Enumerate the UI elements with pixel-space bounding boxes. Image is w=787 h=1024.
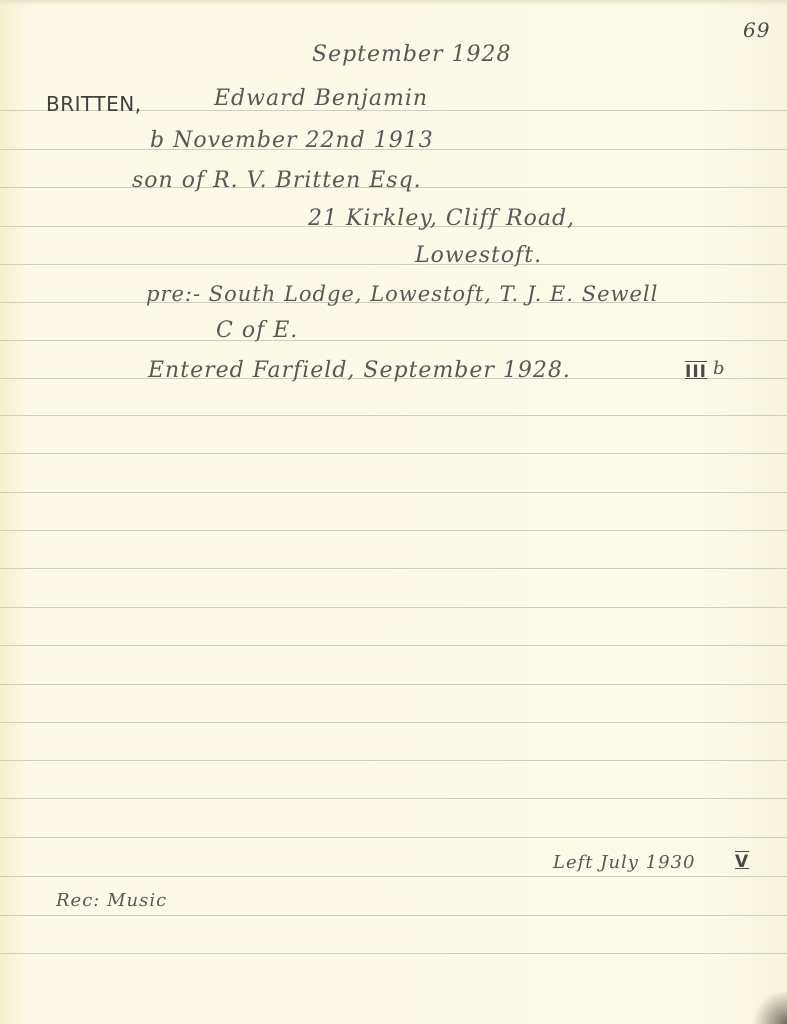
page-number: 69 <box>743 18 770 42</box>
birth-date: b November 22nd 1913 <box>150 128 434 153</box>
entered-form-suffix: b <box>713 358 726 379</box>
parent-line: son of R. V. Britten Esq. <box>132 168 422 193</box>
rule-line <box>0 568 787 569</box>
address-line-2: Lowestoft. <box>415 243 542 268</box>
rule-line <box>0 722 787 723</box>
rule-line <box>0 760 787 761</box>
left-form: V <box>735 852 749 872</box>
page-top-edge <box>0 0 787 6</box>
address-line-1: 21 Kirkley, Cliff Road, <box>308 206 575 231</box>
entered-line: Entered Farfield, September 1928. <box>148 358 571 383</box>
rule-line <box>0 915 787 916</box>
rule-line <box>0 798 787 799</box>
rule-line <box>0 837 787 838</box>
rule-line <box>0 645 787 646</box>
entered-form: III <box>685 362 707 382</box>
rule-line <box>0 340 787 341</box>
given-names: Edward Benjamin <box>214 86 428 111</box>
surname: BRITTEN, <box>46 92 142 116</box>
page-corner-shadow <box>747 984 787 1024</box>
rule-line <box>0 607 787 608</box>
rule-line <box>0 684 787 685</box>
previous-school: pre:- South Lodge, Lowestoft, T. J. E. S… <box>146 282 658 306</box>
religion: C of E. <box>216 318 298 343</box>
left-date: Left July 1930 <box>553 852 696 873</box>
rule-line <box>0 876 787 877</box>
rule-line <box>0 492 787 493</box>
rule-line <box>0 953 787 954</box>
notes: Rec: Music <box>56 890 167 911</box>
rule-line <box>0 453 787 454</box>
rule-line <box>0 530 787 531</box>
rule-line <box>0 415 787 416</box>
header-date: September 1928 <box>312 42 512 67</box>
rule-line <box>0 264 787 265</box>
register-page: 69 September 1928 BRITTEN, Edward Benjam… <box>0 0 787 1024</box>
